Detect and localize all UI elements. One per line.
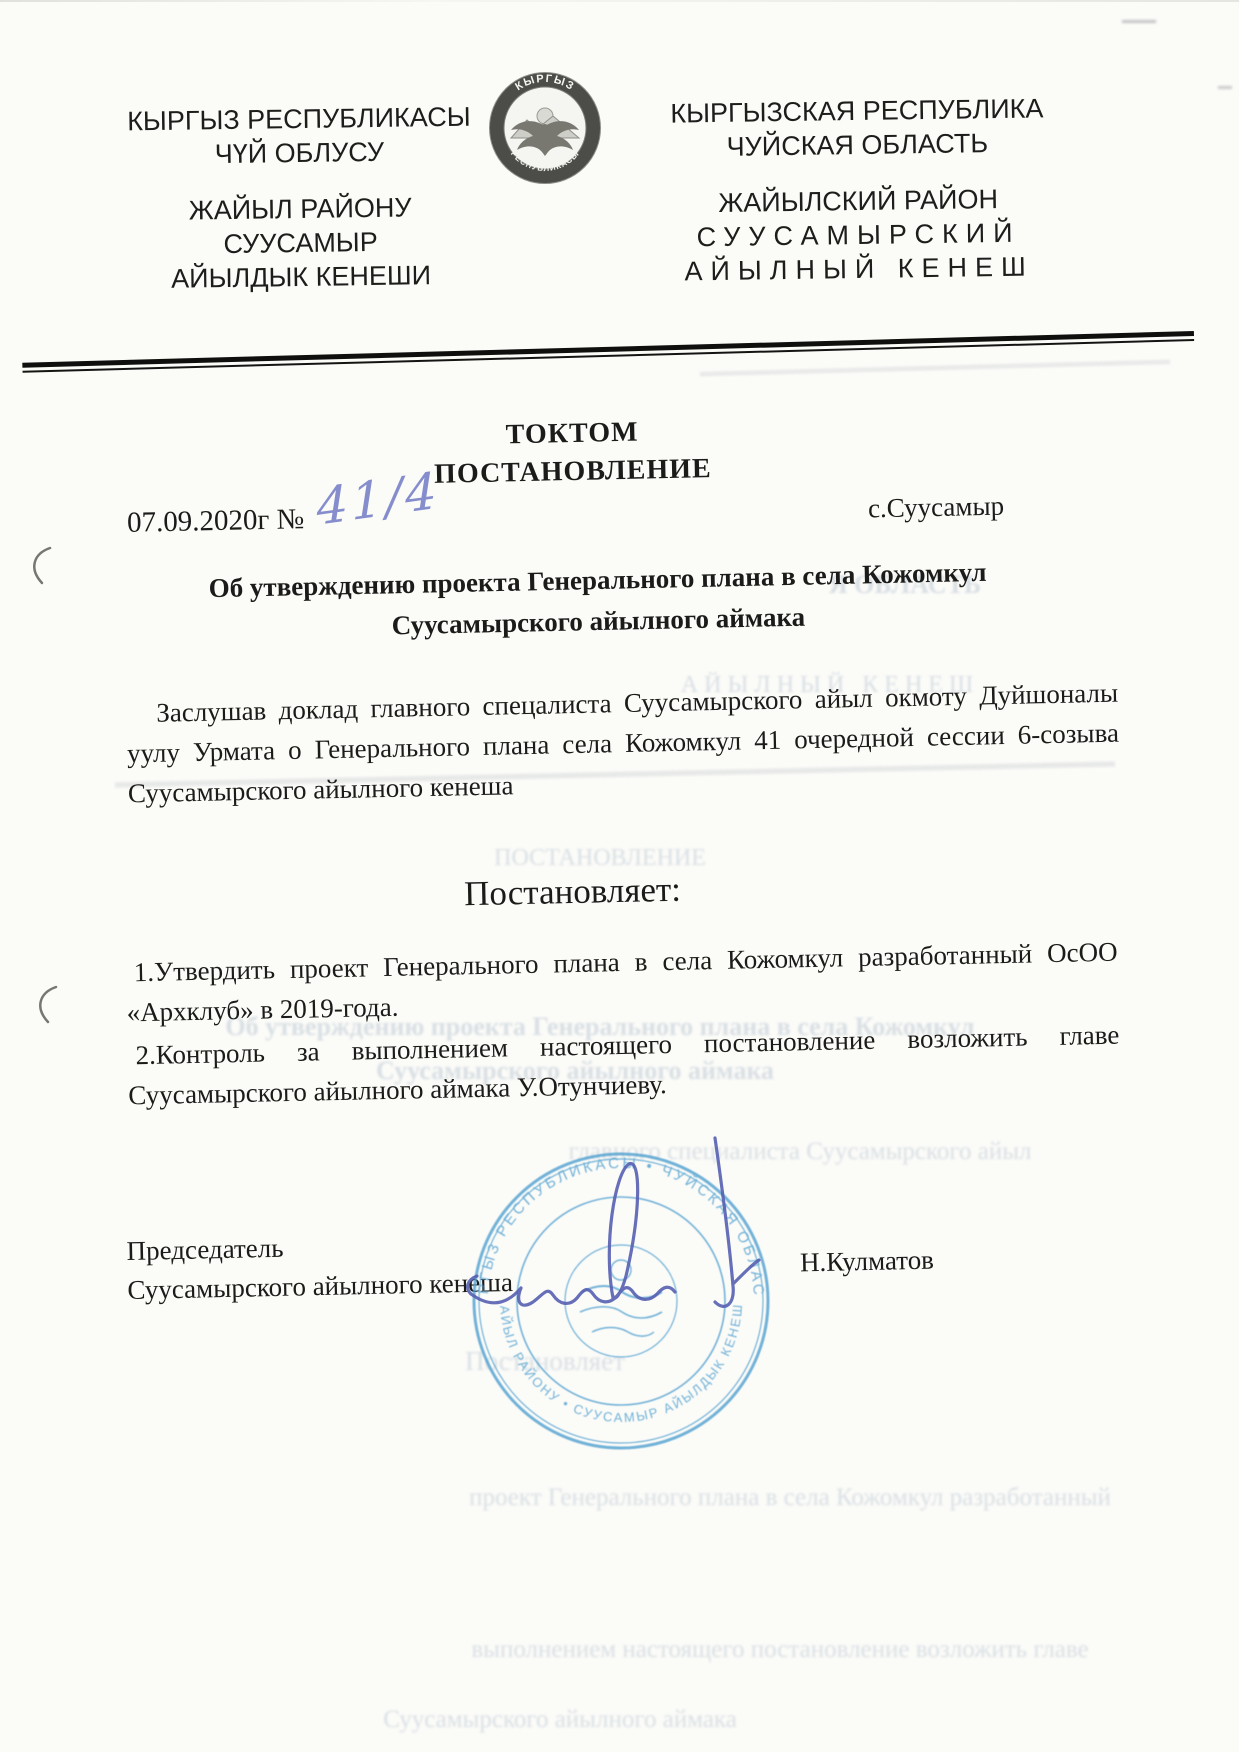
bleedthrough-text: проект Генерального плана в села Кожомку… — [469, 1484, 1111, 1512]
org-district-kg: ЖАЙЫЛ РАЙОНУ — [100, 189, 500, 229]
scan-smudge — [1218, 86, 1232, 89]
scan-smudge — [1122, 20, 1156, 23]
subject-heading: Об утверждению проекта Генерального план… — [157, 551, 1039, 651]
scan-edge-artifact — [0, 0, 1239, 2]
signatory-role: Председатель Суусамырского айылного кене… — [126, 1224, 513, 1310]
signatory-name: Н.Кулматов — [800, 1245, 935, 1279]
header-right-russian: КЫРГЫЗСКАЯ РЕСПУБЛИКА ЧУЙСКАЯ ОБЛАСТЬ ЖА… — [631, 91, 1086, 289]
org-country-kg: КЫРГЫЗ РЕСПУБЛИКАСЫ — [99, 99, 499, 139]
org-region-kg: ЧҮЙ ОБЛУСУ — [99, 133, 499, 173]
pen-mark-left-edge — [26, 545, 56, 587]
org-council-ru-line2: АЙЫЛНЫЙ КЕНЕШ — [633, 249, 1085, 289]
scanned-decree-page: Я ОБЛАСТЬ АЙЫЛНЫЙ КЕНЕШ ПОСТАНОВЛЕНИЕ Об… — [0, 0, 1239, 1752]
resolution-list: 1.Утвердить проект Генерального плана в … — [125, 932, 1120, 1119]
org-country-ru: КЫРГЫЗСКАЯ РЕСПУБЛИКА — [631, 91, 1083, 131]
scan-smudge — [700, 360, 1170, 376]
org-council-kg: АЙЫЛДЫК КЕНЕШИ — [101, 257, 501, 297]
bleedthrough-text: выполнением настоящего постановление воз… — [471, 1636, 1088, 1664]
resolution-item-2: 2.Контроль за выполнением настоящего пос… — [127, 1015, 1120, 1116]
preamble-paragraph: Заслушав доклад главного спецалиста Суус… — [126, 673, 1120, 814]
document-title: ТОКТОМ ПОСТАНОВЛЕНИЕ — [0, 403, 1146, 503]
bleedthrough-text: ПОСТАНОВЛЕНИЕ — [494, 845, 706, 872]
header-left-kyrgyz: КЫРГЫЗ РЕСПУБЛИКАСЫ ЧҮЙ ОБЛУСУ ЖАЙЫЛ РАЙ… — [99, 99, 502, 297]
bleedthrough-text: Суусамырского айылного аймака — [383, 1706, 737, 1734]
signature-ink — [463, 1126, 783, 1336]
org-village-kg: СУУСАМЫР — [100, 223, 500, 263]
date-and-number-line: 07.09.2020г № — [127, 503, 305, 540]
place-line: с.Суусамыр — [868, 491, 1005, 525]
kyrgyz-state-emblem-icon: КЫРГЫЗ РЕСПУБЛИКАСЫ — [487, 70, 603, 186]
signatory-role-line2: Суусамырского айылного кенеша — [127, 1263, 513, 1310]
pen-mark-left-edge — [32, 984, 62, 1026]
